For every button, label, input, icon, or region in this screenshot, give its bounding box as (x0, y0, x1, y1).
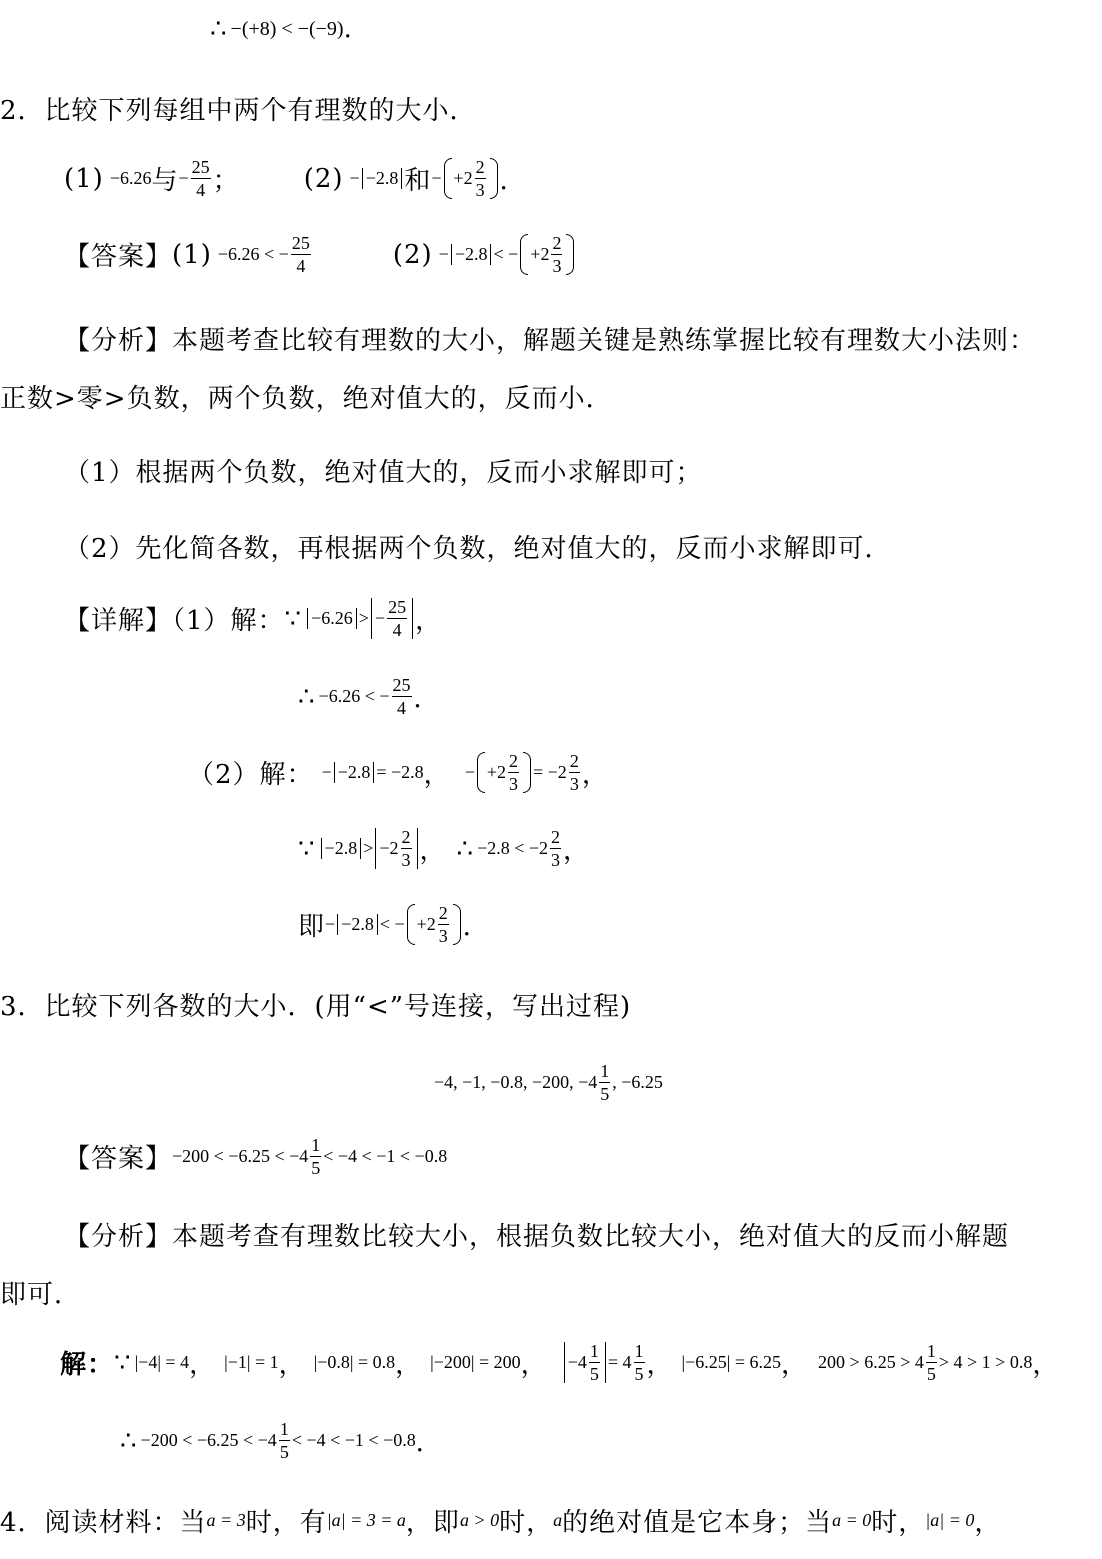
question-2-answer: 【答案】 (1) −6.26 < − 254 (2) − −2.8 < − +2… (64, 234, 576, 275)
analysis-step-1: （1）根据两个负数，绝对值大的，反而小求解即可； (64, 452, 703, 489)
comma: ， (420, 830, 447, 867)
analysis-step-2: （2）先化简各数，再根据两个负数，绝对值大的，反而小求解即可． (64, 528, 892, 565)
parenthesized-mixed-number: +2 23 (444, 158, 498, 199)
comma: ， (781, 1344, 808, 1381)
question-3-analysis-line-2: 即可． (0, 1274, 81, 1311)
therefore-symbol: ∴ (210, 14, 227, 44)
question-3-answer: 【答案】 −200 < −6.25 < −4 15 < −4 < −1 < −0… (64, 1136, 447, 1177)
text: 时，有 (246, 1502, 327, 1539)
comma: ， (582, 754, 609, 791)
question-3-analysis-line-1: 【分析】本题考查有理数比较大小，根据负数比较大小，绝对值大的反而小解题 (64, 1216, 1009, 1253)
math-expression: −200 < −6.25 < −4 (141, 1430, 277, 1451)
question-4-text: 4．阅读材料：当 a = 3 时，有 |a| = 3 = a ，即 a > 0 … (0, 1502, 1001, 1539)
top-conclusion: ∴ −(+8) < −(−9) . (210, 14, 353, 44)
math-expression: −2.8 < −2 (477, 838, 548, 859)
part-label: (1) (172, 240, 212, 270)
math-expression: −6.26 < − (319, 686, 390, 707)
fraction: 15 (599, 1062, 610, 1103)
comma: ， (1032, 1344, 1059, 1381)
text: 时， (871, 1502, 925, 1539)
period: ． (500, 160, 527, 197)
parenthesized-mixed-number: +2 23 (520, 234, 574, 275)
period: . (344, 14, 353, 44)
period: ． (416, 1422, 443, 1459)
therefore-symbol: ∴ (120, 1426, 137, 1456)
conjunction: 与 (152, 160, 179, 197)
question-2-title: 2．比较下列每组中两个有理数的大小． (0, 90, 477, 127)
math-expression: = −2 (533, 762, 567, 783)
math-expression: |a| = 3 = a (327, 1510, 406, 1531)
absolute-value: −2 23 (375, 828, 417, 869)
minus-sign: − (431, 168, 441, 189)
question-3-title: 3．比较下列各数的大小．(用“<”号连接，写出过程) (0, 986, 631, 1023)
conjunction: 和 (404, 160, 431, 197)
math-value: −6.26 (110, 168, 152, 189)
question-2-parts: (1) −6.26 与 − 254 ； (2) − −2.8 和 − +2 23… (64, 158, 527, 199)
comma: ， (424, 754, 451, 791)
solution-label: 解： (60, 1344, 114, 1381)
absolute-value: −2.8 (362, 168, 403, 189)
math-expression: |−6.25| = 6.25 (682, 1352, 782, 1373)
part-label: (2) (393, 240, 433, 270)
math-expression: < −4 < −1 < −0.8 (292, 1430, 416, 1451)
math-expression: −(+8) < −(−9) (231, 18, 344, 41)
math-expression: = 4 (608, 1352, 632, 1373)
text: 的绝对值是它本身；当 (562, 1502, 832, 1539)
greater-than: > (359, 608, 369, 629)
part-label: (2) (304, 164, 344, 194)
comma: ， (521, 1344, 548, 1381)
analysis-line-2: 正数>零>负数，两个负数，绝对值大的，反而小． (0, 378, 613, 415)
fraction: 15 (926, 1342, 937, 1383)
parenthesized-mixed-number: +2 23 (477, 752, 531, 793)
math-expression: = −2.8 (376, 762, 423, 783)
therefore-symbol: ∴ (457, 834, 474, 864)
absolute-value: −2.8 (451, 244, 492, 265)
text: 时， (499, 1502, 553, 1539)
absolute-value: −2.8 (321, 838, 362, 859)
because-symbol: ∵ (298, 834, 315, 864)
period: ． (463, 906, 490, 943)
detail-label: 【详解】（1）解： (64, 600, 285, 637)
detail-2-final: 即 − −2.8 < − +2 23 ． (298, 904, 490, 945)
text: 4．阅读材料：当 (0, 1502, 207, 1539)
semicolon: ； (213, 160, 240, 197)
absolute-value: −6.26 (307, 608, 357, 629)
absolute-value: − 254 (371, 598, 413, 639)
fraction: 254 (392, 676, 412, 717)
because-symbol: ∵ (285, 604, 302, 634)
math-expression: a (553, 1510, 562, 1531)
comma: ， (647, 1344, 674, 1381)
question-3-conclusion: ∴ −200 < −6.25 < −4 15 < −4 < −1 < −0.8 … (120, 1420, 443, 1461)
fraction: 15 (279, 1420, 290, 1461)
math-expression: |−1| = 1 (224, 1352, 279, 1373)
absolute-value: −2.8 (334, 762, 375, 783)
detail-2-simplify: （2）解： − −2.8 = −2.8 ， − +2 23 = −2 23 ， (188, 752, 609, 793)
comma: ， (189, 1344, 216, 1381)
comma: ， (395, 1344, 422, 1381)
math-expression: −200 < −6.25 < −4 (172, 1146, 308, 1167)
math-expression: |a| = 0 (925, 1510, 974, 1531)
minus-sign: − (439, 244, 449, 265)
comma: ， (563, 830, 590, 867)
question-3-solution: 解： ∵ |−4| = 4 ， |−1| = 1 ， |−0.8| = 0.8 … (60, 1342, 1059, 1383)
math-expression: |−200| = 200 (430, 1352, 521, 1373)
absolute-value: −2.8 (337, 914, 378, 935)
number-list: , −6.25 (612, 1072, 663, 1093)
question-3-numbers: −4, −1, −0.8, −200, −4 15 , −6.25 (434, 1062, 663, 1103)
answer-label: 【答案】 (64, 236, 172, 273)
greater-than: > (363, 838, 373, 859)
detail-label: （2）解： (188, 754, 314, 791)
fraction: 254 (191, 158, 211, 199)
part-label: (1) (64, 164, 104, 194)
math-expression: −6.26 < − (218, 244, 289, 265)
fraction: 23 (569, 752, 580, 793)
math-expression: a = 0 (832, 1510, 871, 1531)
absolute-value: −4 15 (564, 1342, 606, 1383)
fraction: 254 (291, 234, 311, 275)
minus-sign: − (350, 168, 360, 189)
because-symbol: ∵ (114, 1348, 131, 1378)
comma: ， (415, 600, 442, 637)
fraction: 15 (310, 1136, 321, 1177)
parenthesized-mixed-number: +2 23 (407, 904, 461, 945)
math-expression: > 4 > 1 > 0.8 (939, 1352, 1032, 1373)
math-expression: a > 0 (460, 1510, 499, 1531)
math-expression: < −4 < −1 < −0.8 (323, 1146, 447, 1167)
math-expression: |−0.8| = 0.8 (314, 1352, 396, 1373)
fraction: 15 (634, 1342, 645, 1383)
number-list: −4, −1, −0.8, −200, −4 (434, 1072, 597, 1093)
math-expression: a = 3 (207, 1510, 246, 1531)
math-expression: < − (380, 914, 405, 935)
math-expression: < − (493, 244, 518, 265)
analysis-line-1: 【分析】本题考查比较有理数的大小，解题关键是熟练掌握比较有理数大小法则： (64, 320, 1036, 357)
period: ． (414, 678, 441, 715)
minus-sign: − (325, 914, 335, 935)
detail-1-therefore: ∴ −6.26 < − 254 ． (298, 676, 441, 717)
detail-1-because: 【详解】（1）解： ∵ −6.26 > − 254 ， (64, 598, 442, 639)
namely-label: 即 (298, 906, 325, 943)
fraction: 23 (550, 828, 561, 869)
comma: ， (279, 1344, 306, 1381)
text: ，即 (406, 1502, 460, 1539)
answer-label: 【答案】 (64, 1138, 172, 1175)
math-expression: 200 > 6.25 > 4 (818, 1352, 924, 1373)
text: ， (974, 1502, 1001, 1539)
minus-sign: − (322, 762, 332, 783)
detail-2-compare: ∵ −2.8 > −2 23 ， ∴ −2.8 < −2 23 ， (298, 828, 590, 869)
minus-sign: − (179, 168, 189, 189)
minus-sign: − (465, 762, 475, 783)
math-expression: |−4| = 4 (135, 1352, 190, 1373)
therefore-symbol: ∴ (298, 682, 315, 712)
